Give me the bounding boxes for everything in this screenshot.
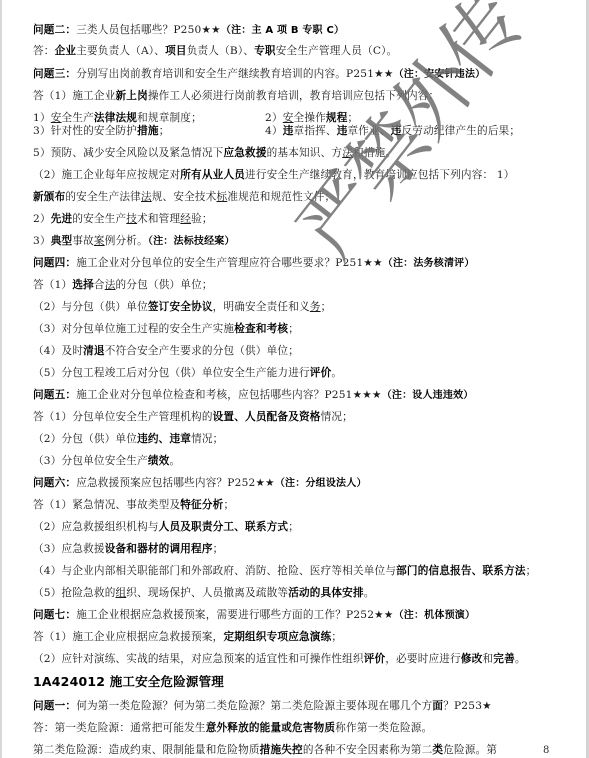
emphasis-text: 部门的信息报告、联系方法 <box>396 565 526 577</box>
text-line: （2）应急救援组织机构与人员及职责分工、联系方式； <box>33 520 299 534</box>
text-run: （3）分包单位安全生产 <box>33 455 148 467</box>
text-run: 答（1）分包单位安全生产管理机构的 <box>33 411 213 423</box>
text-run: 情况； <box>191 433 223 445</box>
text-line: 第二类危险源：造成约束、限制能量和危险物质措施失控的各种不安全因素称为第二类危险… <box>33 743 497 757</box>
text-line: （2）施工企业每年应按规定对所有从业人员进行安全生产继续教育，教育培训应包括下列… <box>33 168 515 182</box>
text-run: 称作第一类危险源。 <box>335 722 432 734</box>
underlined-text: 法 <box>105 279 116 291</box>
text-run: 主要负责人（A）、 <box>76 45 165 57</box>
text-line: （3）应急救援设备和器材的调用程序； <box>33 542 223 556</box>
underlined-text: 务 <box>310 301 321 313</box>
emphasis-text: 人员及职责分工、联系方式 <box>159 521 289 533</box>
mnemonic-note: （注：机体预演） <box>394 610 476 621</box>
underlined-text: 标 <box>217 191 228 203</box>
text-run: 合 <box>94 279 105 291</box>
text-run: 第二类危险源：造成约束、限制能量和危险物质 <box>33 744 260 756</box>
text-run: 章作业、 <box>348 125 391 137</box>
text-run: ，必要时应进行 <box>385 653 461 665</box>
text-run: 2） <box>265 112 283 124</box>
text-run: 全生产 <box>62 112 94 124</box>
text-run: ？P253★ <box>443 700 492 712</box>
text-line: 问题五：施工企业对分包单位检查和考核，应包括哪些内容？P251★★★（注：设人违… <box>33 388 474 403</box>
text-line: （4）及时清退不符合安全产生要求的分包（供）单位； <box>33 344 299 358</box>
text-run: 施工企业对分包单位的安全生产管理应符合哪些要求？P251★★ <box>76 257 383 269</box>
page-left-border <box>0 0 2 758</box>
underlined-text: 法 <box>342 147 353 159</box>
text-run: 和 <box>483 653 494 665</box>
emphasis-text: 评价 <box>310 367 332 379</box>
watermark: 严禁外传 <box>268 0 543 277</box>
emphasis-text: 问题七： <box>33 609 76 621</box>
text-run: 反劳动纪律产生的后果； <box>402 125 521 137</box>
text-run: 例分析。 <box>105 235 148 247</box>
text-run: 1） <box>33 112 51 124</box>
text-run: 的安全生产 <box>72 213 126 225</box>
text-line: （3）分包单位安全生产绩效。 <box>33 454 180 468</box>
mnemonic-note: （注：法标技经案） <box>148 236 235 247</box>
emphasis-text: 新上岗 <box>116 90 148 102</box>
emphasis-text: 定期组织专项应急演练 <box>223 631 331 643</box>
emphasis-text: 法律法规 <box>94 112 137 124</box>
emphasis-text: 完善 <box>493 653 515 665</box>
text-run: 负责人（B）、 <box>187 45 254 57</box>
text-run: 的分包（供）单位； <box>116 279 213 291</box>
text-line: 答（1）选择合法的分包（供）单位； <box>33 278 213 292</box>
text-run: 3） <box>33 235 51 247</box>
text-run: ； <box>321 301 332 313</box>
underlined-text: 经 <box>180 213 191 225</box>
text-line: 答（1）紧急情况、事故类型及特征分析； <box>33 498 234 512</box>
underlined-text: 法 <box>141 191 152 203</box>
underlined-text: 案 <box>94 235 105 247</box>
emphasis-text: 企业 <box>55 45 77 57</box>
text-run: 准规范和规范性文件； <box>227 191 335 203</box>
text-run: 答（1）紧急情况、事故类型及 <box>33 499 180 511</box>
second-column: 4）违章指挥、违章作业、违反劳动纪律产生的后果； <box>265 124 520 138</box>
text-run: 答： <box>33 45 55 57</box>
text-line: （4）与企业内部相关职能部门和外部政府、消防、抢险、医疗等相关单位与部门的信息报… <box>33 564 536 578</box>
text-run: 答（1）施工企业应根据应急救援预案， <box>33 631 223 643</box>
text-run: 何为第一类危险源？何为第二类危险源？第二类危险源主要体现在哪几个方 <box>76 700 432 712</box>
emphasis-text: 检查和考核 <box>234 323 288 335</box>
text-run: 危险源。第 <box>443 744 497 756</box>
emphasis-text: 措施失控 <box>260 744 303 756</box>
text-run: （4）及时 <box>33 345 83 357</box>
emphasis-text: 问题四： <box>33 257 76 269</box>
text-run: （3）应急救援 <box>33 543 105 555</box>
text-run: （5）分包工程竣工后对分包（供）单位安全生产能力进行 <box>33 367 310 379</box>
mnemonic-note: （注：法务核清评） <box>383 258 475 269</box>
underlined-text: 安 <box>283 112 294 124</box>
text-line: 3）典型事故案例分析。（注：法标技经案） <box>33 234 235 249</box>
text-line: 答：第一类危险源：通常把可能发生意外释放的能量或危害物质称作第一类危险源。 <box>33 721 432 735</box>
text-run: 答（1） <box>33 279 72 291</box>
text-line: 答（1）施工企业应根据应急救援预案，定期组织专项应急演练； <box>33 630 342 644</box>
mnemonic-note: （注：设人违违效） <box>382 390 474 401</box>
emphasis-text: 修改 <box>461 653 483 665</box>
text-run: ，明确安全责任和义 <box>213 301 310 313</box>
text-run: 施工企业根据应急救援预案，需要进行哪些方面的工作？P252★★ <box>76 609 393 621</box>
text-run: 术和管理 <box>137 213 180 225</box>
emphasis-text: 问题五： <box>33 389 76 401</box>
text-run: 的基本知识、方 <box>267 147 343 159</box>
text-run: 情况； <box>321 411 353 423</box>
text-line: （2）应针对演练、实战的结果，对应急预案的适宜性和可操作性组织评价，必要时应进行… <box>33 652 526 666</box>
text-run: 应急救援预案应包括哪些内容？P252★★ <box>76 477 275 489</box>
text-run: 和措施。 <box>353 147 396 159</box>
text-run: 进行安全生产继续教育，教育培训应包括下列内容： 1） <box>245 169 515 181</box>
emphasis-text: 典型 <box>51 235 73 247</box>
text-line: 答（1）分包单位安全生产管理机构的设置、人员配备及资格情况； <box>33 410 353 424</box>
emphasis-text: 措施 <box>137 125 159 137</box>
text-line: 问题三：分别写出岗前教育培训和安全生产继续教育培训的内容。P251★★（注：安安… <box>33 67 485 82</box>
text-run: 和规章制度； <box>137 112 202 124</box>
text-line: （2）与分包（供）单位签订安全协议，明确安全责任和义务； <box>33 300 331 314</box>
underlined-text: 安 <box>51 112 62 124</box>
text-line: （5）分包工程竣工后对分包（供）单位安全生产能力进行评价。 <box>33 366 342 380</box>
emphasis-text: 清退 <box>83 345 105 357</box>
text-run: 规、安全技术 <box>152 191 217 203</box>
text-line: （3）对分包单位施工过程的安全生产实施检查和考核； <box>33 322 299 336</box>
emphasis-text: 问题六： <box>33 477 76 489</box>
emphasis-text: 签订安全协议 <box>148 301 213 313</box>
text-line: 问题一：何为第一类危险源？何为第二类危险源？第二类危险源主要体现在哪几个方面？P… <box>33 699 492 713</box>
emphasis-text: 违 <box>391 125 402 137</box>
text-line: （5）抢险急救的组织、现场保护、人员撤离及疏散等活动的具体安排。 <box>33 586 375 600</box>
emphasis-text: 问题三： <box>33 68 76 80</box>
text-run: 。 <box>364 587 375 599</box>
emphasis-text: 类 <box>432 744 443 756</box>
text-run: 的各种不安全因素称为第二 <box>303 744 433 756</box>
text-line: （2）分包（供）单位违约、违章情况； <box>33 432 223 446</box>
mnemonic-note: （注：安安针违法） <box>394 69 486 80</box>
text-run: 验； <box>191 213 213 225</box>
text-run: 5）预防、减少安全风险以及紧急情况下 <box>33 147 223 159</box>
text-line: 问题七：施工企业根据应急救援预案，需要进行哪些方面的工作？P252★★（注：机体… <box>33 608 475 623</box>
page-number: 8 <box>543 745 549 756</box>
emphasis-text: 违 <box>337 125 348 137</box>
text-run: （2）应急救援组织机构与 <box>33 521 159 533</box>
text-run: ； <box>223 499 234 511</box>
text-run: 。 <box>515 653 526 665</box>
text-run: 三类人员包括哪些？P250★★ <box>76 24 221 36</box>
underlined-text: 组 <box>116 587 127 599</box>
text-line: 5）预防、减少安全风险以及紧急情况下应急救援的基本知识、方法和措施。 <box>33 146 396 160</box>
text-run: ； <box>526 565 537 577</box>
text-run: ； <box>288 323 299 335</box>
text-line: 1）安全生产法律法规和规章制度；2）安全操作规程； <box>33 111 202 125</box>
emphasis-text: 违约、违章 <box>137 433 191 445</box>
text-run: （2）与分包（供）单位 <box>33 301 148 313</box>
second-column: 2）安全操作规程； <box>265 111 358 125</box>
text-run: （4）与企业内部相关职能部门和外部政府、消防、抢险、医疗等相关单位与 <box>33 565 396 577</box>
text-line: 新颁布的安全生产法律法规、安全技术标准规范和规范性文件； <box>33 190 335 204</box>
emphasis-text: 绩效 <box>148 455 170 467</box>
text-run: ； <box>159 125 170 137</box>
emphasis-text: 违 <box>283 125 294 137</box>
mnemonic-note: （注：主 A 项 B 专职 C） <box>221 25 344 36</box>
text-run: 全操作 <box>294 112 326 124</box>
text-line: 问题六：应急救援预案应包括哪些内容？P252★★（注：分组设法人） <box>33 476 367 491</box>
text-run: 4） <box>265 125 283 137</box>
text-run: 章指挥、 <box>294 125 337 137</box>
text-run: （2）分包（供）单位 <box>33 433 137 445</box>
text-line: 问题四：施工企业对分包单位的安全生产管理应符合哪些要求？P251★★（注：法务核… <box>33 256 475 271</box>
emphasis-text: 专职 <box>254 45 276 57</box>
text-run: （5）抢险急救的 <box>33 587 116 599</box>
section-heading: 1A424012 施工安全危险源管理 <box>33 675 224 689</box>
text-run: 分别写出岗前教育培训和安全生产继续教育培训的内容。P251★★ <box>76 68 393 80</box>
text-run: 2） <box>33 213 51 225</box>
text-run: 。 <box>331 367 342 379</box>
text-run: 织、现场保护、人员撤离及疏散等 <box>126 587 288 599</box>
text-line: 答（1）施工企业新上岗操作工人必须进行岗前教育培训，教育培训应包括下列内容： <box>33 89 439 103</box>
emphasis-text: 规程 <box>326 112 348 124</box>
emphasis-text: 选择 <box>72 279 94 291</box>
emphasis-text: 特征分析 <box>180 499 223 511</box>
emphasis-text: 评价 <box>364 653 386 665</box>
text-run: 答（1）施工企业 <box>33 90 116 102</box>
text-line: 3）针对性的安全防护措施；4）违章指挥、违章作业、违反劳动纪律产生的后果； <box>33 124 169 138</box>
emphasis-text: 问题二： <box>33 24 76 36</box>
emphasis-text: 意外释放的能量或危害物质 <box>206 722 336 734</box>
emphasis-text: 问题一： <box>33 700 76 712</box>
text-run: ； <box>331 631 342 643</box>
emphasis-text: 设备和器材的调用程序 <box>105 543 213 555</box>
emphasis-text: 项目 <box>165 45 187 57</box>
text-line: 答：企业主要负责人（A）、项目负责人（B）、专职安全生产管理人员（C）。 <box>33 44 397 58</box>
underlined-text: 技 <box>126 213 137 225</box>
emphasis-text: 应急救援 <box>223 147 266 159</box>
text-line: 2）先进的安全生产技术和管理经验； <box>33 212 213 226</box>
text-run: 答：第一类危险源：通常把可能发生 <box>33 722 206 734</box>
text-run: （3）对分包单位施工过程的安全生产实施 <box>33 323 234 335</box>
text-run: （2）应针对演练、实战的结果，对应急预案的适宜性和可操作性组织 <box>33 653 364 665</box>
emphasis-text: 先进 <box>51 213 73 225</box>
text-line: 问题二：三类人员包括哪些？P250★★（注：主 A 项 B 专职 C） <box>33 23 344 38</box>
text-run: ； <box>348 112 359 124</box>
emphasis-text: 所有从业人员 <box>180 169 245 181</box>
text-run: 事故 <box>72 235 94 247</box>
emphasis-text: 活动的具体安排 <box>288 587 364 599</box>
text-run: （2）施工企业每年应按规定对 <box>33 169 180 181</box>
text-run: 的安全生产法律 <box>65 191 141 203</box>
text-run: ； <box>213 543 224 555</box>
emphasis-text: 设置、人员配备及资格 <box>213 411 321 423</box>
text-run: 安全生产管理人员（C）。 <box>276 45 398 57</box>
text-run: 不符合安全产生要求的分包（供）单位； <box>105 345 299 357</box>
emphasis-text: 面 <box>432 700 443 712</box>
text-run: 。 <box>169 455 180 467</box>
text-run: 施工企业对分包单位检查和考核，应包括哪些内容？P251★★★ <box>76 389 382 401</box>
mnemonic-note: （注：分组设法人） <box>275 478 367 489</box>
emphasis-text: 新颁布 <box>33 191 65 203</box>
text-run: 操作工人必须进行岗前教育培训，教育培训应包括下列内容： <box>148 90 439 102</box>
text-run: ； <box>288 521 299 533</box>
text-run: 3）针对性的安全防护 <box>33 125 137 137</box>
